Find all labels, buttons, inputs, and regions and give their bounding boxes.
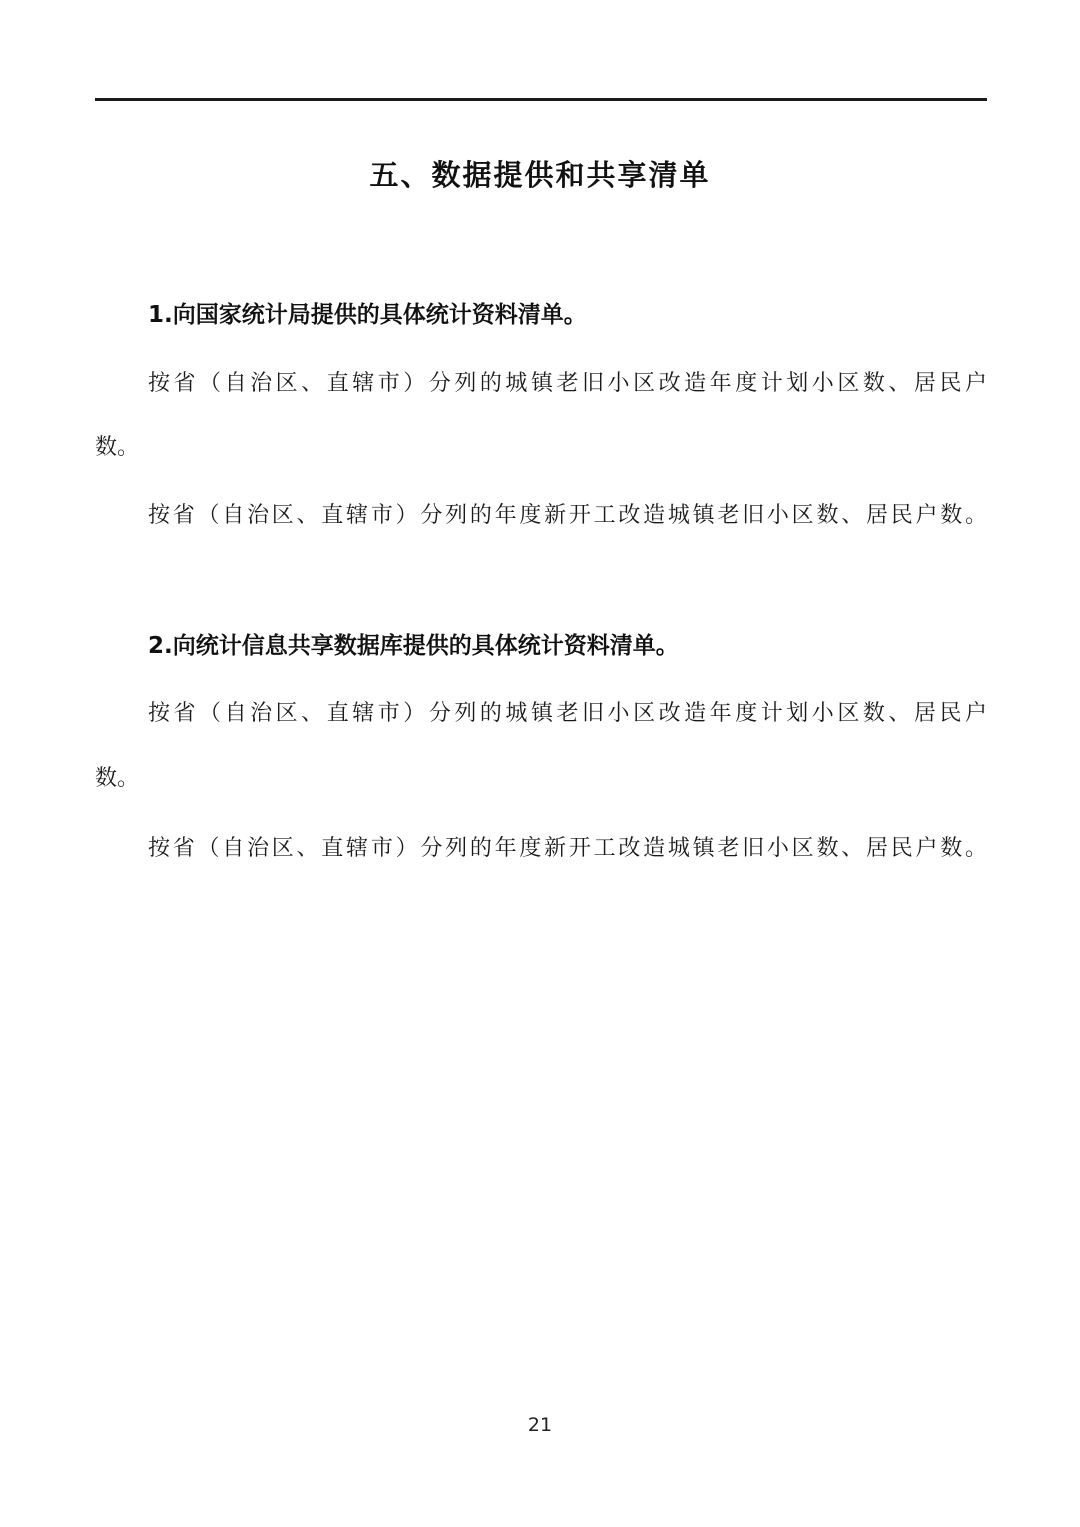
section-1-paragraph-1-line-2: 数。 bbox=[95, 433, 987, 463]
section-2-paragraph-1-line-1: 按省（自治区、直辖市）分列的城镇老旧小区改造年度计划小区数、居民户 bbox=[95, 699, 987, 729]
document-page: 五、数据提供和共享清单 1.向国家统计局提供的具体统计资料清单。 按省（自治区、… bbox=[0, 0, 1080, 1527]
section-1-heading: 1.向国家统计局提供的具体统计资料清单。 bbox=[95, 300, 987, 330]
section-2-paragraph-1-line-2: 数。 bbox=[95, 764, 987, 794]
page-number: 21 bbox=[0, 1412, 1080, 1438]
page-title: 五、数据提供和共享清单 bbox=[0, 157, 1080, 193]
section-2-heading: 2.向统计信息共享数据库提供的具体统计资料清单。 bbox=[95, 631, 987, 661]
section-1-paragraph-1-line-1: 按省（自治区、直辖市）分列的城镇老旧小区改造年度计划小区数、居民户 bbox=[95, 369, 987, 399]
section-1-paragraph-2: 按省（自治区、直辖市）分列的年度新开工改造城镇老旧小区数、居民户数。 bbox=[95, 501, 987, 531]
section-2-paragraph-2: 按省（自治区、直辖市）分列的年度新开工改造城镇老旧小区数、居民户数。 bbox=[95, 834, 987, 864]
header-rule bbox=[95, 98, 987, 101]
